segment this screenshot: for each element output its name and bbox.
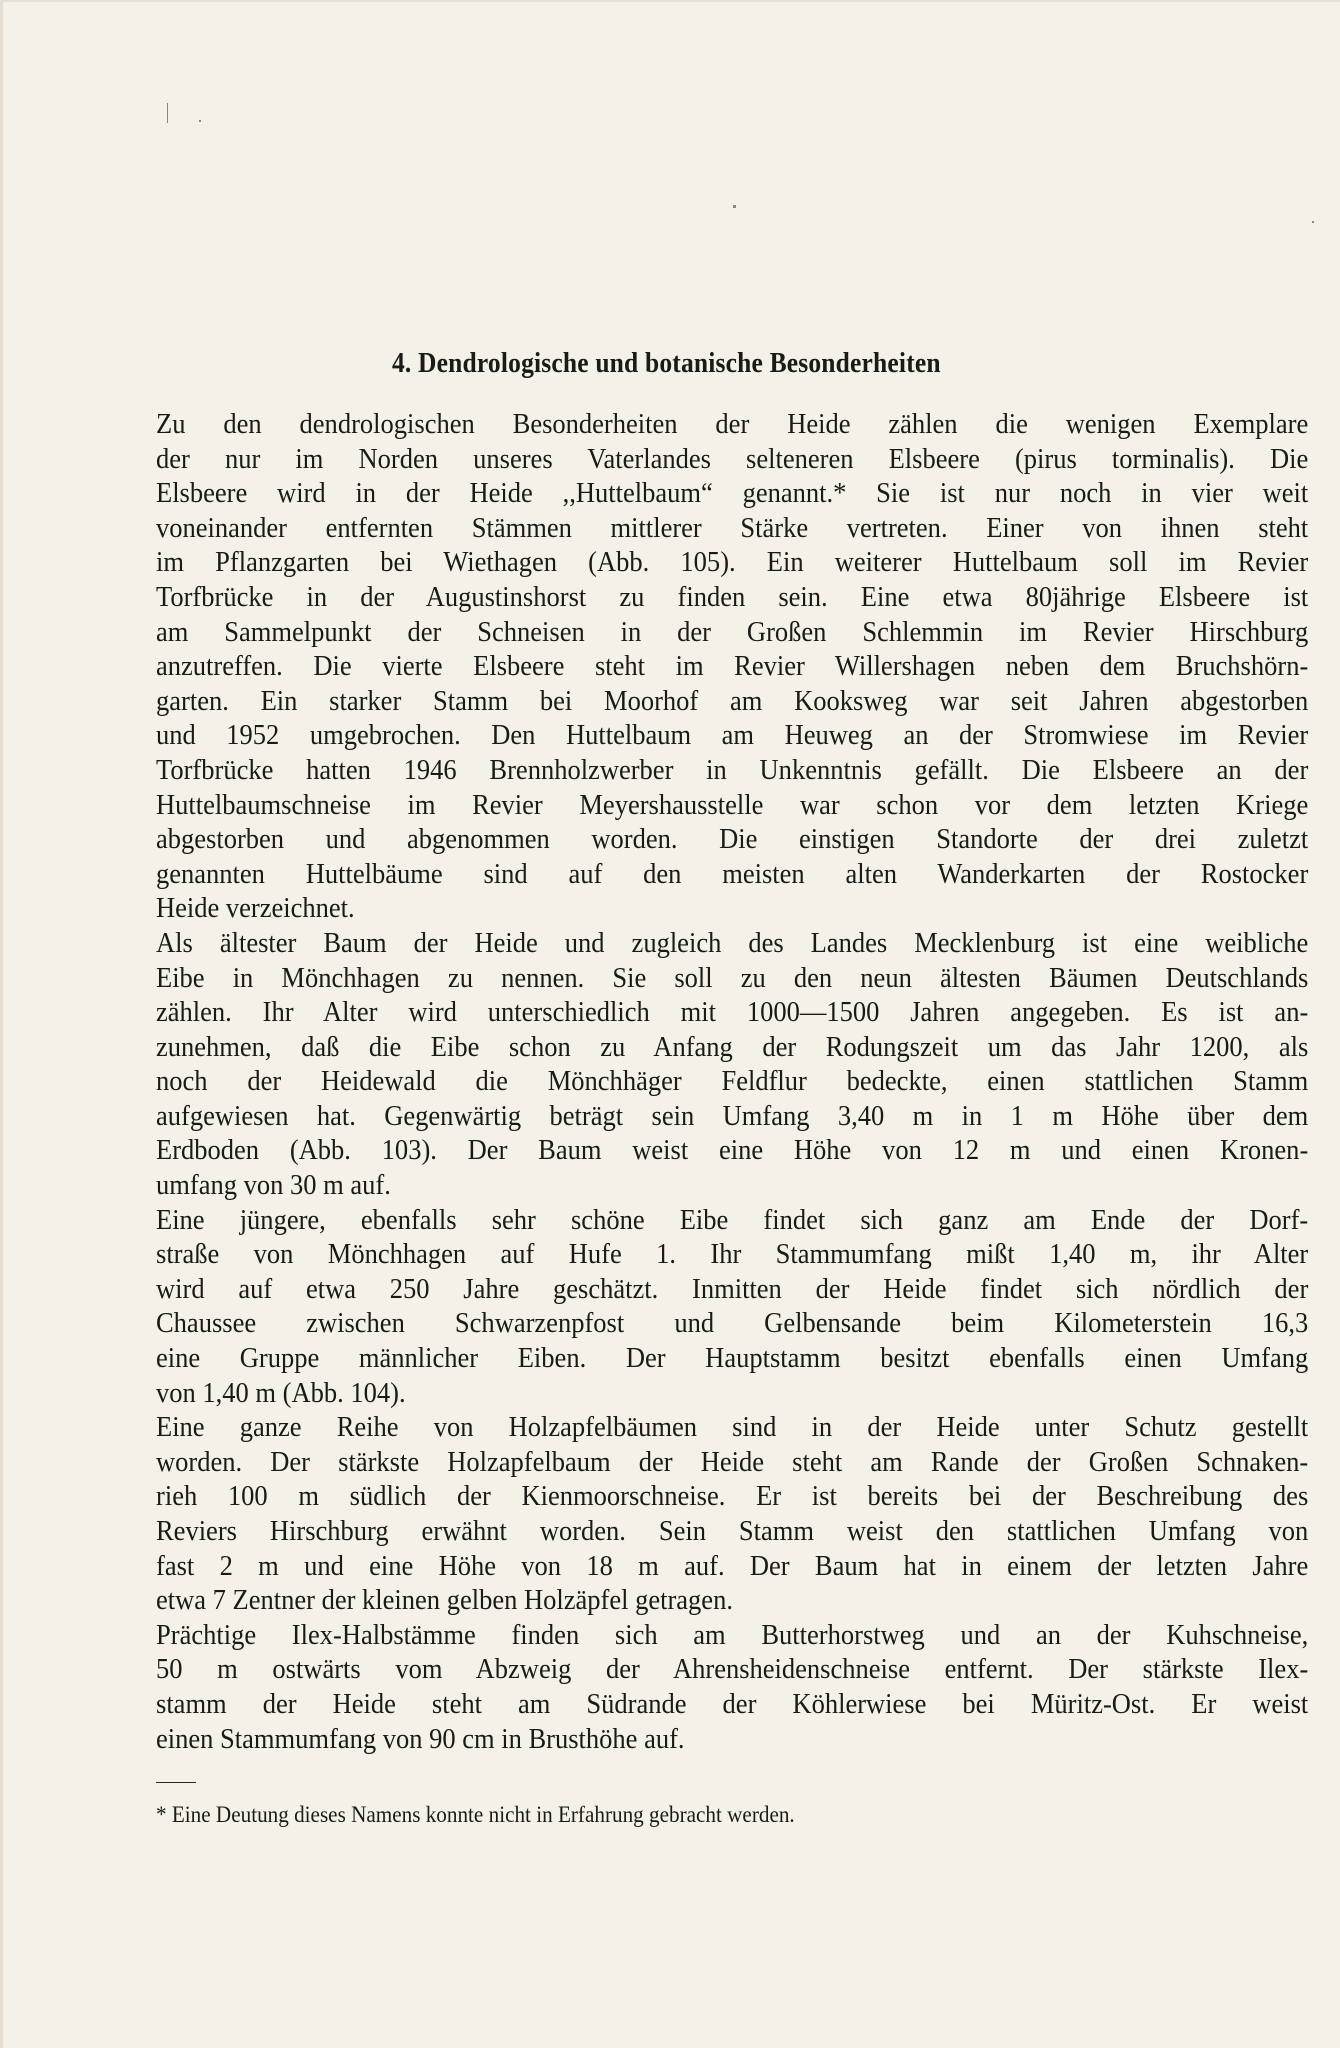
text-line: zählen. Ihr Alter wird unterschiedlich m… — [156, 996, 1308, 1031]
text-line: anzutreffen. Die vierte Elsbeere steht i… — [156, 650, 1308, 685]
text-line: garten. Ein starker Stamm bei Moorhof am… — [156, 685, 1308, 720]
scan-speck — [1312, 221, 1314, 223]
text-line: eine Gruppe männlicher Eiben. Der Haupts… — [156, 1342, 1308, 1377]
text-line: und 1952 umgebrochen. Den Huttelbaum am … — [156, 719, 1308, 754]
paragraph: Eine ganze Reihe von Holzapfelbäumen sin… — [156, 1411, 1308, 1619]
text-line: etwa 7 Zentner der kleinen gelben Holzäp… — [156, 1584, 1308, 1619]
scan-speck — [733, 205, 736, 208]
text-line: Reviers Hirschburg erwähnt worden. Sein … — [156, 1515, 1308, 1550]
text-line: Huttelbaumschneise im Revier Meyershauss… — [156, 789, 1308, 824]
paragraph: Eine jüngere, ebenfalls sehr schöne Eibe… — [156, 1204, 1308, 1412]
text-line: stamm der Heide steht am Südrande der Kö… — [156, 1688, 1308, 1723]
text-line: von 1,40 m (Abb. 104). — [156, 1377, 1308, 1412]
paragraph: Zu den dendrologischen Besonderheiten de… — [156, 408, 1308, 927]
footnote: * Eine Deutung dieses Namens konnte nich… — [156, 1800, 795, 1830]
text-line: im Pflanzgarten bei Wiethagen (Abb. 105)… — [156, 546, 1308, 581]
text-line: Eine jüngere, ebenfalls sehr schöne Eibe… — [156, 1204, 1308, 1239]
paragraph: Als ältester Baum der Heide und zugleich… — [156, 927, 1308, 1204]
text-line: umfang von 30 m auf. — [156, 1169, 1308, 1204]
text-line: rieh 100 m südlich der Kienmoorschneise.… — [156, 1480, 1308, 1515]
scan-speck — [167, 103, 168, 123]
text-line: genannten Huttelbäume sind auf den meist… — [156, 858, 1308, 893]
text-line: wird auf etwa 250 Jahre geschätzt. Inmit… — [156, 1273, 1308, 1308]
text-line: 50 m ostwärts vom Abzweig der Ahrensheid… — [156, 1653, 1308, 1688]
footnote-divider — [156, 1782, 196, 1783]
text-line: Eine ganze Reihe von Holzapfelbäumen sin… — [156, 1411, 1308, 1446]
section-heading: 4. Dendrologische und botanische Besonde… — [392, 346, 1008, 380]
text-line: noch der Heidewald die Mönchhäger Feldfl… — [156, 1065, 1308, 1100]
text-line: straße von Mönchhagen auf Hufe 1. Ihr St… — [156, 1238, 1308, 1273]
text-line: voneinander entfernten Stämmen mittlerer… — [156, 512, 1308, 547]
text-line: Torfbrücke in der Augustinshorst zu find… — [156, 581, 1308, 616]
text-line: Heide verzeichnet. — [156, 892, 1308, 927]
text-line: Torfbrücke hatten 1946 Brennholzwerber i… — [156, 754, 1308, 789]
text-line: abgestorben und abgenommen worden. Die e… — [156, 823, 1308, 858]
text-line: am Sammelpunkt der Schneisen in der Groß… — [156, 616, 1308, 651]
text-line: fast 2 m und eine Höhe von 18 m auf. Der… — [156, 1550, 1308, 1585]
text-line: Zu den dendrologischen Besonderheiten de… — [156, 408, 1308, 443]
text-line: Erdboden (Abb. 103). Der Baum weist eine… — [156, 1134, 1308, 1169]
text-line: aufgewiesen hat. Gegenwärtig beträgt sei… — [156, 1100, 1308, 1135]
text-line: zunehmen, daß die Eibe schon zu Anfang d… — [156, 1031, 1308, 1066]
scan-speck — [199, 120, 201, 122]
text-line: Als ältester Baum der Heide und zugleich… — [156, 927, 1308, 962]
text-line: worden. Der stärkste Holzapfelbaum der H… — [156, 1446, 1308, 1481]
text-line: einen Stammumfang von 90 cm in Brusthöhe… — [156, 1723, 1308, 1758]
text-line: Prächtige Ilex-Halbstämme finden sich am… — [156, 1619, 1308, 1654]
text-line: Elsbeere wird in der Heide ,,Huttelbaum“… — [156, 477, 1308, 512]
paragraph: Prächtige Ilex-Halbstämme finden sich am… — [156, 1619, 1308, 1757]
text-line: der nur im Norden unseres Vaterlandes se… — [156, 443, 1308, 478]
text-line: Eibe in Mönchhagen zu nennen. Sie soll z… — [156, 962, 1308, 997]
body-text: Zu den dendrologischen Besonderheiten de… — [156, 408, 1308, 1757]
text-line: Chaussee zwischen Schwarzenpfost und Gel… — [156, 1307, 1308, 1342]
